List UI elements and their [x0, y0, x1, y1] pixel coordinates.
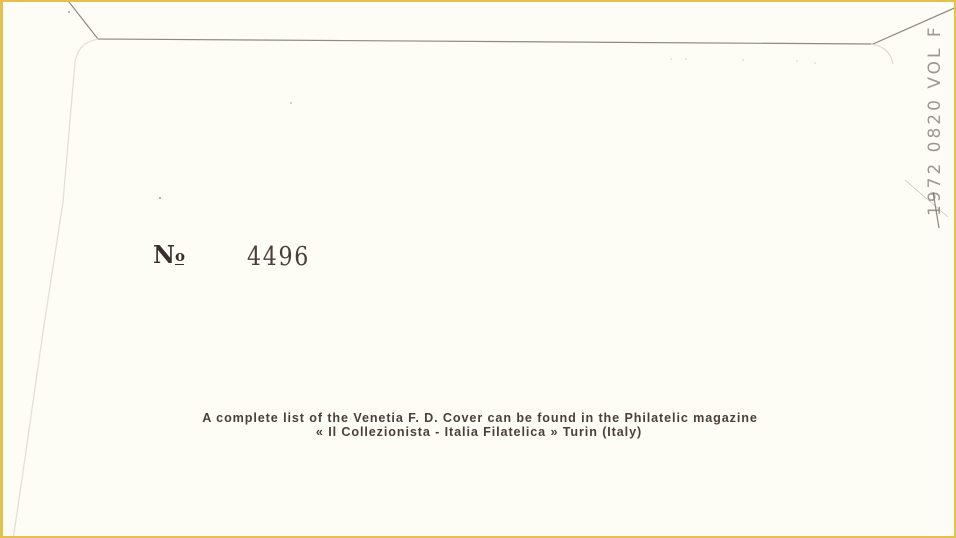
- footer-line-2: « Il Collezionista - Italia Filatelica »…: [0, 425, 956, 439]
- numero-prefix: N: [153, 240, 174, 269]
- inner-flap-right-curve: [871, 44, 893, 64]
- envelope-flap-lines: [3, 2, 956, 538]
- number-mark: No: [153, 240, 184, 269]
- flap-edge: [69, 2, 956, 44]
- footer-text: A complete list of the Venetia F. D. Cov…: [3, 411, 956, 439]
- footer-line-1: A complete list of the Venetia F. D. Cov…: [1, 411, 956, 425]
- serial-number: 4496: [247, 242, 310, 272]
- envelope-back: No 4496 A complete list of the Venetia F…: [0, 0, 956, 538]
- handwritten-note-text: 1972 0820 VOL F: [925, 8, 945, 233]
- numero-superscript: o: [175, 247, 184, 265]
- handwritten-note: 1972 0820 VOL F: [921, 8, 955, 233]
- inner-flap-left-curve: [13, 39, 98, 538]
